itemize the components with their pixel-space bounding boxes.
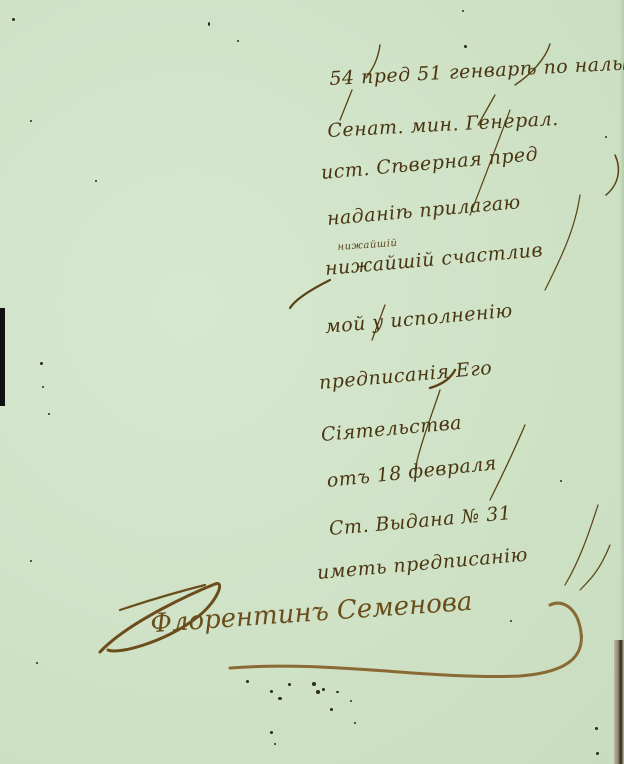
torn-edge-right xyxy=(614,640,624,764)
binding-edge-left xyxy=(0,308,5,406)
paper-edge-right xyxy=(620,0,624,640)
